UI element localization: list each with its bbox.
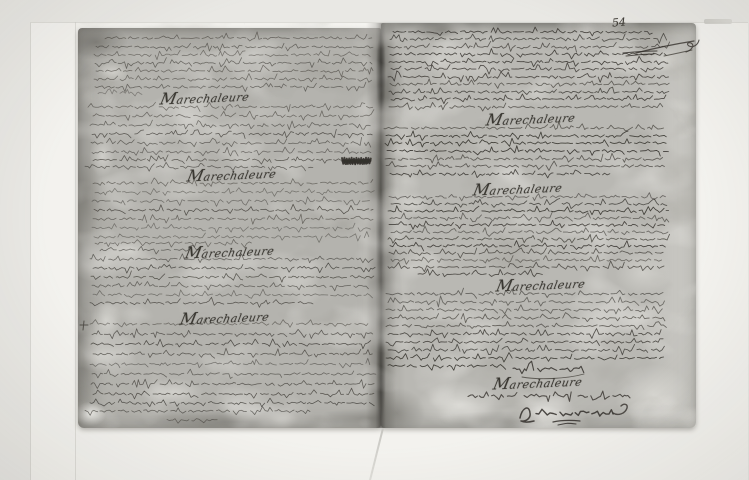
section-heading-cursive: Marechaleure bbox=[178, 305, 271, 328]
section-heading-cursive: Marechaleure bbox=[471, 176, 564, 199]
section-heading-cursive: Marechaleure bbox=[484, 106, 577, 129]
manuscript-page-right bbox=[381, 23, 696, 428]
sheet-edge-line bbox=[75, 22, 76, 480]
binding-gutter bbox=[366, 23, 396, 428]
section-heading-cursive: Marechaleure bbox=[494, 272, 587, 295]
section-heading-cursive: Marechaleure bbox=[491, 370, 584, 393]
scan-artifact-mark bbox=[704, 19, 732, 24]
section-heading-cursive: Marechaleure bbox=[183, 239, 276, 262]
scanned-register-spread: Marechaleure Marechaleure Marechaleure M… bbox=[0, 0, 749, 480]
section-heading-cursive: Marechaleure bbox=[158, 85, 251, 108]
section-heading-cursive: Marechaleure bbox=[185, 162, 278, 185]
page-number: 54 bbox=[611, 15, 626, 29]
